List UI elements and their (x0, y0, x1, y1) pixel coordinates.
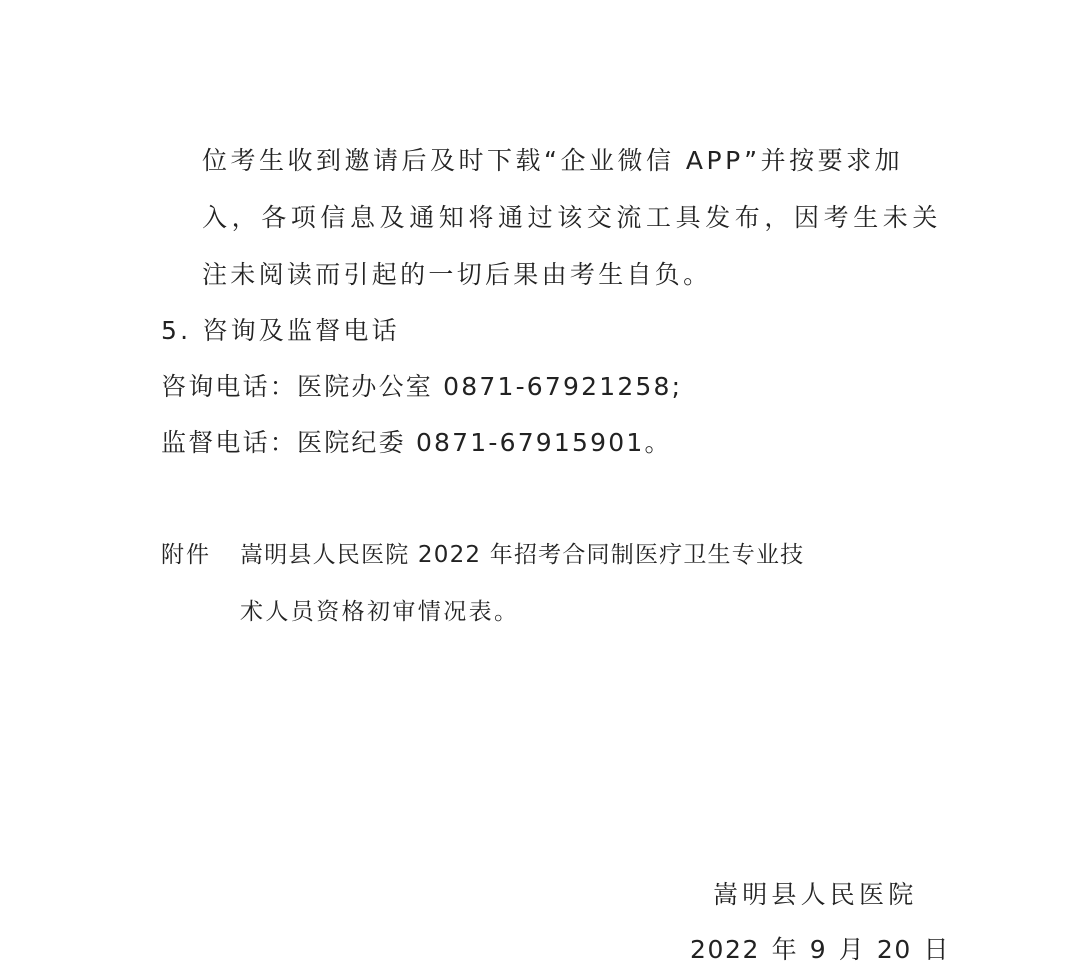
signature-date: 2022 年 9 月 20 日 (690, 935, 950, 965)
supervise-phone: 监督电话：医院纪委 0871-67915901。 (161, 428, 672, 458)
document-page: 位考生收到邀请后及时下载“企业微信 APP”并按要求加 入，各项信息及通知将通过… (0, 0, 1077, 975)
paragraph-line-2: 入，各项信息及通知将通过该交流工具发布，因考生未关 (202, 203, 942, 233)
attachment-title-line-1: 嵩明县人民医院 2022 年招考合同制医疗卫生专业技 (240, 540, 804, 570)
section-heading: 5. 咨询及监督电话 (161, 316, 400, 346)
signature-organization: 嵩明县人民医院 (713, 880, 917, 910)
consult-phone: 咨询电话：医院办公室 0871-67921258; (161, 372, 682, 402)
attachment-label: 附件 (161, 540, 211, 570)
paragraph-line-3: 注未阅读而引起的一切后果由考生自负。 (202, 260, 711, 290)
attachment-title-line-2: 术人员资格初审情况表。 (240, 597, 519, 627)
paragraph-line-1: 位考生收到邀请后及时下载“企业微信 APP”并按要求加 (202, 146, 903, 176)
